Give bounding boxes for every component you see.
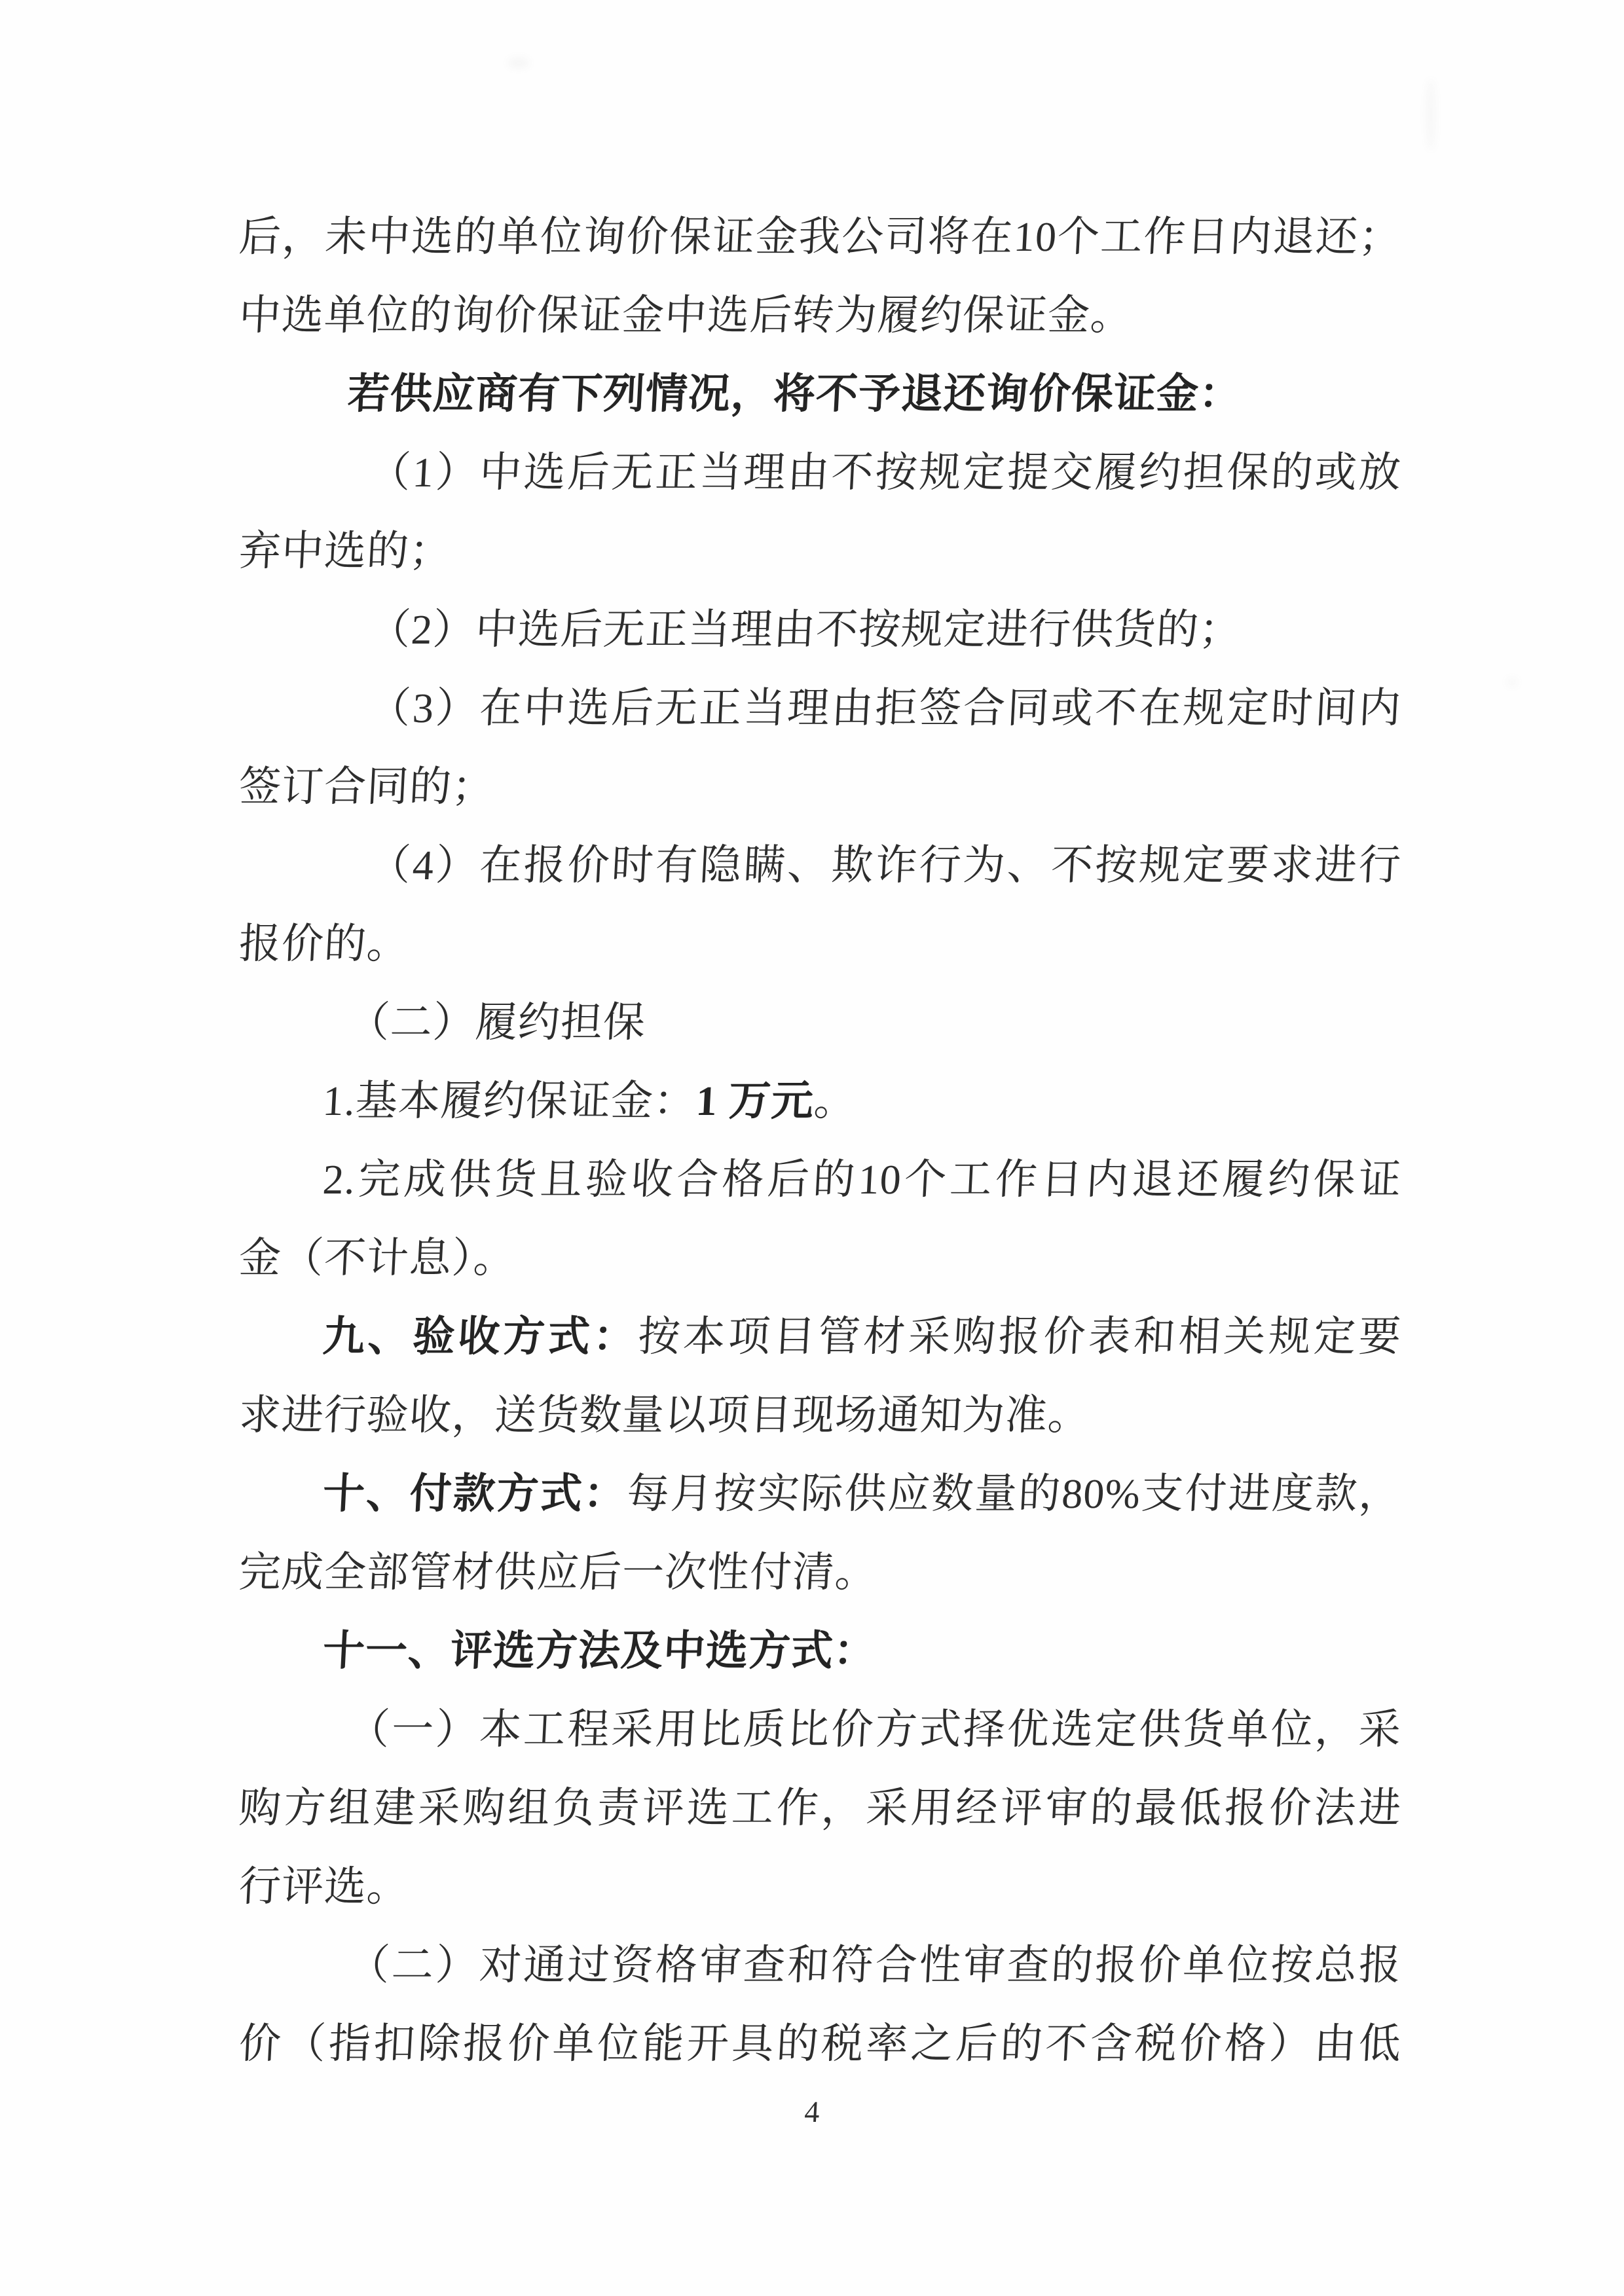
text-segment: 行评选。 bbox=[238, 1863, 411, 1910]
text-line: 购方组建采购组负责评选工作，采用经评审的最低报价法进 bbox=[237, 1769, 1403, 1848]
text-line: 若供应商有下列情况，将不予退还询价保证金： bbox=[237, 355, 1403, 433]
text-line: （1）中选后无正当理由不按规定提交履约担保的或放 bbox=[237, 433, 1403, 512]
text-segment: 报价的。 bbox=[238, 920, 411, 967]
text-segment: （1）中选后无正当理由不按规定提交履约担保的或放 bbox=[367, 449, 1403, 496]
document-body: 后，未中选的单位询价保证金我公司将在10个工作日内退还；中选单位的询价保证金中选… bbox=[239, 198, 1401, 2083]
scan-artifact bbox=[1426, 79, 1435, 151]
scanned-document-page: 后，未中选的单位询价保证金我公司将在10个工作日内退还；中选单位的询价保证金中选… bbox=[0, 0, 1624, 2296]
text-segment: （二）对通过资格审查和符合性审查的报价单位按总报 bbox=[346, 1942, 1403, 1988]
text-line: 十一、评选方法及中选方式： bbox=[237, 1612, 1403, 1690]
scan-artifact bbox=[1506, 678, 1518, 687]
text-line: （一）本工程采用比质比价方式择优选定供货单位，采 bbox=[237, 1690, 1403, 1769]
bold-text-segment: 九、验收方式： bbox=[322, 1313, 639, 1360]
text-segment: 每月按实际供应数量的80%支付进度款， bbox=[626, 1470, 1403, 1517]
text-segment: （4）在报价时有隐瞒、欺诈行为、不按规定要求进行 bbox=[367, 842, 1403, 888]
text-segment: 1.基本履约保证金： bbox=[322, 1078, 697, 1124]
text-segment: 价（指扣除报价单位能开具的税率之后的不含税价格）由低 bbox=[238, 2020, 1403, 2067]
bold-text-segment: 1 万元 bbox=[695, 1078, 815, 1124]
text-line: （3）在中选后无正当理由拒签合同或不在规定时间内 bbox=[237, 669, 1403, 748]
text-line: 十、付款方式：每月按实际供应数量的80%支付进度款， bbox=[237, 1455, 1403, 1533]
text-segment: 。 bbox=[813, 1078, 858, 1124]
text-line: 1.基本履约保证金：1 万元。 bbox=[237, 1062, 1403, 1140]
text-line: （二）对通过资格审查和符合性审查的报价单位按总报 bbox=[237, 1926, 1403, 2005]
text-segment: 按本项目管材采购报价表和相关规定要 bbox=[637, 1313, 1403, 1360]
text-segment: 后，未中选的单位询价保证金我公司将在10个工作日内退还； bbox=[238, 213, 1403, 260]
bold-text-segment: 若供应商有下列情况，将不予退还询价保证金： bbox=[346, 371, 1243, 417]
text-line: 完成全部管材供应后一次性付清。 bbox=[237, 1533, 1403, 1612]
bold-text-segment: 十、付款方式： bbox=[322, 1470, 628, 1517]
text-line: （2）中选后无正当理由不按规定进行供货的； bbox=[237, 591, 1403, 669]
text-line: 后，未中选的单位询价保证金我公司将在10个工作日内退还； bbox=[237, 198, 1403, 276]
page-number: 4 bbox=[0, 2092, 1624, 2132]
text-line: （二）履约担保 bbox=[237, 983, 1403, 1062]
text-line: 签订合同的； bbox=[237, 748, 1403, 826]
text-line: 求进行验收，送货数量以项目现场通知为准。 bbox=[237, 1376, 1403, 1455]
text-line: 金（不计息）。 bbox=[237, 1219, 1403, 1298]
text-segment: （二）履约担保 bbox=[346, 999, 647, 1046]
bold-text-segment: 十一、评选方法及中选方式： bbox=[322, 1628, 877, 1674]
scan-artifact bbox=[507, 58, 530, 68]
text-segment: （一）本工程采用比质比价方式择优选定供货单位，采 bbox=[346, 1706, 1403, 1753]
text-line: 2.完成供货且验收合格后的10个工作日内退还履约保证 bbox=[237, 1140, 1403, 1219]
text-line: 行评选。 bbox=[237, 1848, 1403, 1926]
text-line: 报价的。 bbox=[237, 905, 1403, 983]
text-segment: （3）在中选后无正当理由拒签合同或不在规定时间内 bbox=[367, 685, 1403, 731]
text-segment: 完成全部管材供应后一次性付清。 bbox=[238, 1549, 879, 1595]
text-segment: 购方组建采购组负责评选工作，采用经评审的最低报价法进 bbox=[238, 1785, 1403, 1831]
text-line: 中选单位的询价保证金中选后转为履约保证金。 bbox=[237, 276, 1403, 355]
text-line: 弃中选的； bbox=[237, 512, 1403, 591]
text-segment: 2.完成供货且验收合格后的10个工作日内退还履约保证 bbox=[322, 1156, 1403, 1203]
text-line: （4）在报价时有隐瞒、欺诈行为、不按规定要求进行 bbox=[237, 826, 1403, 905]
text-segment: 求进行验收，送货数量以项目现场通知为准。 bbox=[238, 1392, 1092, 1438]
text-segment: （2）中选后无正当理由不按规定进行供货的； bbox=[367, 606, 1243, 653]
text-segment: 弃中选的； bbox=[238, 528, 453, 574]
text-line: 价（指扣除报价单位能开具的税率之后的不含税价格）由低 bbox=[237, 2005, 1403, 2083]
text-segment: 金（不计息）。 bbox=[238, 1235, 517, 1281]
text-segment: 签订合同的； bbox=[238, 763, 496, 810]
text-segment: 中选单位的询价保证金中选后转为履约保证金。 bbox=[238, 292, 1134, 338]
text-line: 九、验收方式：按本项目管材采购报价表和相关规定要 bbox=[237, 1298, 1403, 1376]
